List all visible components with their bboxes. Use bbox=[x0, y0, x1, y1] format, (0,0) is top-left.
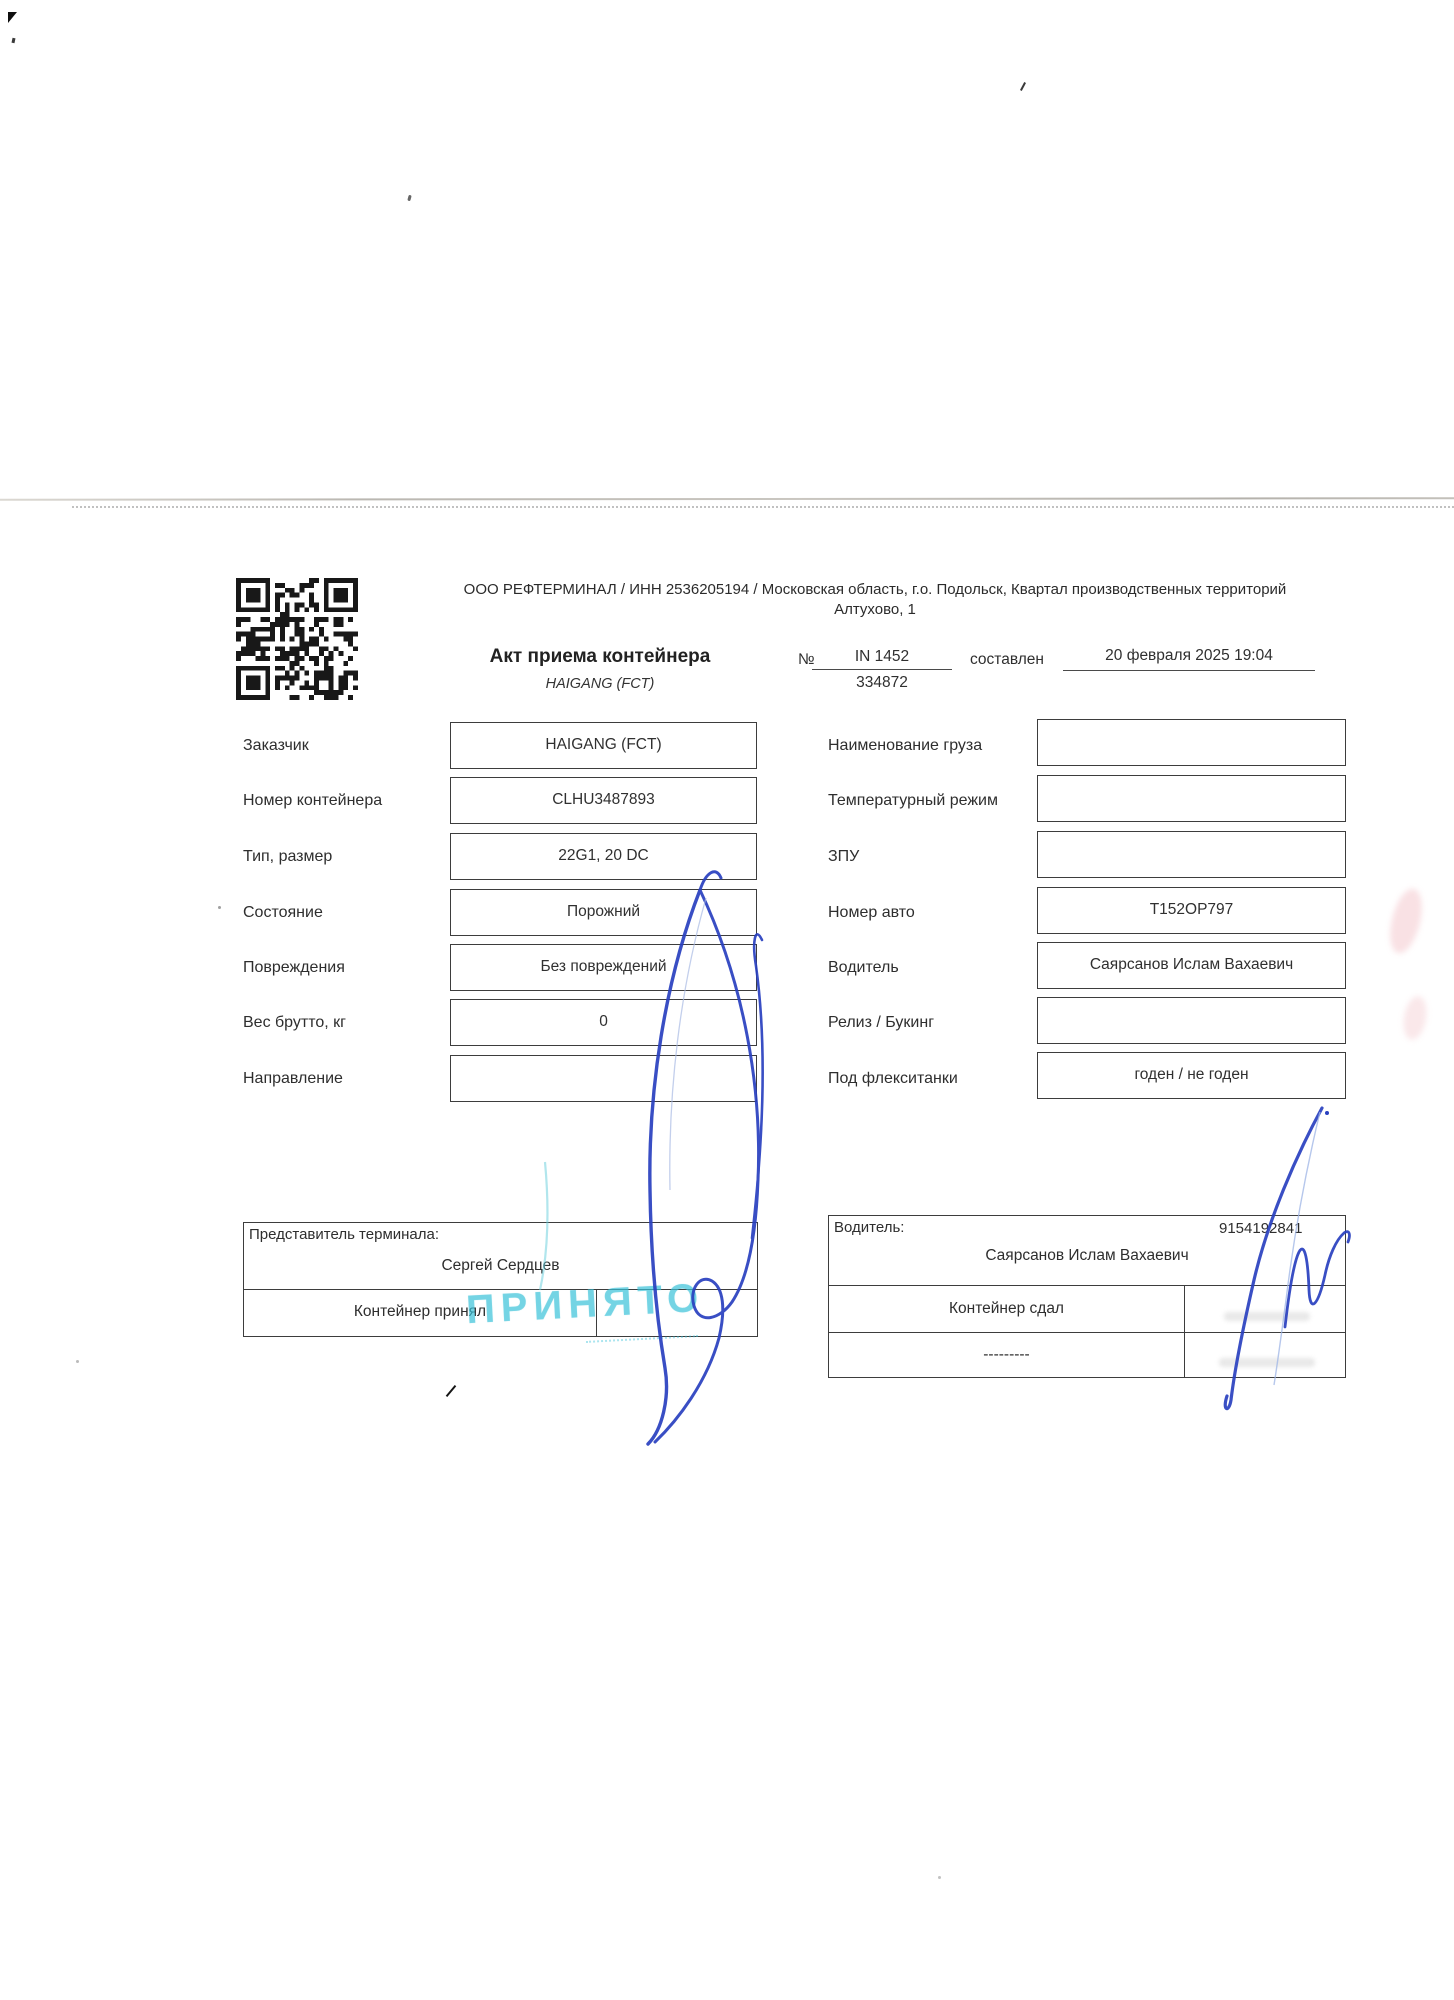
driver-name: Саярсанов Ислам Вахаевич bbox=[829, 1247, 1345, 1265]
driver-signature-block: Водитель: 9154192841 Саярсанов Ислам Вах… bbox=[828, 1215, 1346, 1378]
field-label-zakazchik: Заказчик bbox=[243, 722, 309, 769]
terminal-header: Представитель терминала: bbox=[249, 1226, 439, 1243]
driver-action-row: Контейнер сдал bbox=[829, 1285, 1345, 1332]
composed-label: составлен bbox=[970, 651, 1044, 669]
field-value-cargo-name bbox=[1037, 719, 1346, 766]
org-line-1: ООО РЕФТЕРМИНАЛ / ИНН 2536205194 / Моско… bbox=[464, 581, 1287, 598]
qr-code-icon bbox=[236, 578, 358, 700]
field-value-flexitank: годен / не годен bbox=[1037, 1052, 1346, 1099]
driver-action-label: Контейнер сдал bbox=[829, 1286, 1184, 1332]
faint-print-artifact bbox=[1224, 1312, 1310, 1321]
field-value-direction bbox=[450, 1055, 757, 1102]
scan-fold-dots bbox=[72, 506, 1454, 508]
field-label-release-booking: Релиз / Букинг bbox=[828, 999, 934, 1046]
composed-date-value: 20 февраля 2025 19:04 bbox=[1063, 647, 1315, 671]
field-label-driver: Водитель bbox=[828, 944, 899, 991]
faint-print-artifact bbox=[1219, 1358, 1315, 1367]
scanned-document-page: { "document": { "org_line1": "ООО РЕФТЕР… bbox=[0, 0, 1454, 2000]
composed-date: 20 февраля 2025 19:04 bbox=[1063, 647, 1315, 671]
field-value-temperature-mode bbox=[1037, 775, 1346, 822]
field-label-zpu: ЗПУ bbox=[828, 833, 859, 880]
scan-smudge bbox=[1400, 994, 1429, 1041]
field-value-damages: Без повреждений bbox=[450, 944, 757, 991]
scan-smudge bbox=[1384, 886, 1427, 957]
cell-divider bbox=[1184, 1285, 1185, 1377]
scan-speck bbox=[76, 1360, 79, 1363]
field-label-damages: Повреждения bbox=[243, 944, 345, 991]
field-label-direction: Направление bbox=[243, 1055, 343, 1102]
scan-speck bbox=[1020, 82, 1026, 91]
field-label-type-size: Тип, размер bbox=[243, 833, 332, 880]
terminal-representative-name: Сергей Сердцев bbox=[244, 1257, 757, 1275]
pen-mark bbox=[446, 1385, 457, 1397]
field-label-cargo-name: Наименование груза bbox=[828, 722, 982, 769]
field-label-flexitank: Под флекситанки bbox=[828, 1055, 958, 1102]
field-value-gross-weight: 0 bbox=[450, 999, 757, 1046]
field-value-truck-number: Т152ОР797 bbox=[1037, 887, 1346, 934]
scan-speck bbox=[938, 1876, 941, 1879]
field-label-truck-number: Номер авто bbox=[828, 889, 915, 936]
number-sub-value: 334872 bbox=[812, 670, 952, 692]
field-value-type-size: 22G1, 20 DC bbox=[450, 833, 757, 880]
scan-speck bbox=[407, 195, 411, 202]
field-value-zakazchik: HAIGANG (FCT) bbox=[450, 722, 757, 769]
field-value-zpu bbox=[1037, 831, 1346, 878]
scan-speck bbox=[12, 38, 16, 44]
scan-fold-line bbox=[0, 497, 1454, 501]
driver-header: Водитель: bbox=[834, 1219, 904, 1236]
ink-dot bbox=[1325, 1111, 1329, 1115]
document-subtitle: HAIGANG (FCT) bbox=[400, 676, 800, 692]
field-value-release-booking bbox=[1037, 997, 1346, 1044]
driver-dashes: --------- bbox=[829, 1333, 1184, 1377]
field-label-container-number: Номер контейнера bbox=[243, 777, 382, 824]
field-label-condition: Состояние bbox=[243, 889, 323, 936]
org-line-2: Алтухово, 1 bbox=[834, 601, 916, 618]
document-number: IN 1452 334872 bbox=[812, 648, 952, 692]
org-header: ООО РЕФТЕРМИНАЛ / ИНН 2536205194 / Моско… bbox=[350, 580, 1400, 619]
scan-speck bbox=[218, 906, 221, 909]
document-title: Акт приема контейнера bbox=[400, 646, 800, 668]
field-label-temperature-mode: Температурный режим bbox=[828, 777, 998, 824]
field-value-driver: Саярсанов Ислам Вахаевич bbox=[1037, 942, 1346, 989]
driver-dashes-row: --------- bbox=[829, 1332, 1345, 1377]
field-value-container-number: CLHU3487893 bbox=[450, 777, 757, 824]
driver-phone: 9154192841 bbox=[1219, 1220, 1302, 1237]
number-value: IN 1452 bbox=[812, 648, 952, 670]
scan-corner-mark bbox=[8, 12, 17, 23]
field-label-gross-weight: Вес брутто, кг bbox=[243, 999, 346, 1046]
field-value-condition: Порожний bbox=[450, 889, 757, 936]
